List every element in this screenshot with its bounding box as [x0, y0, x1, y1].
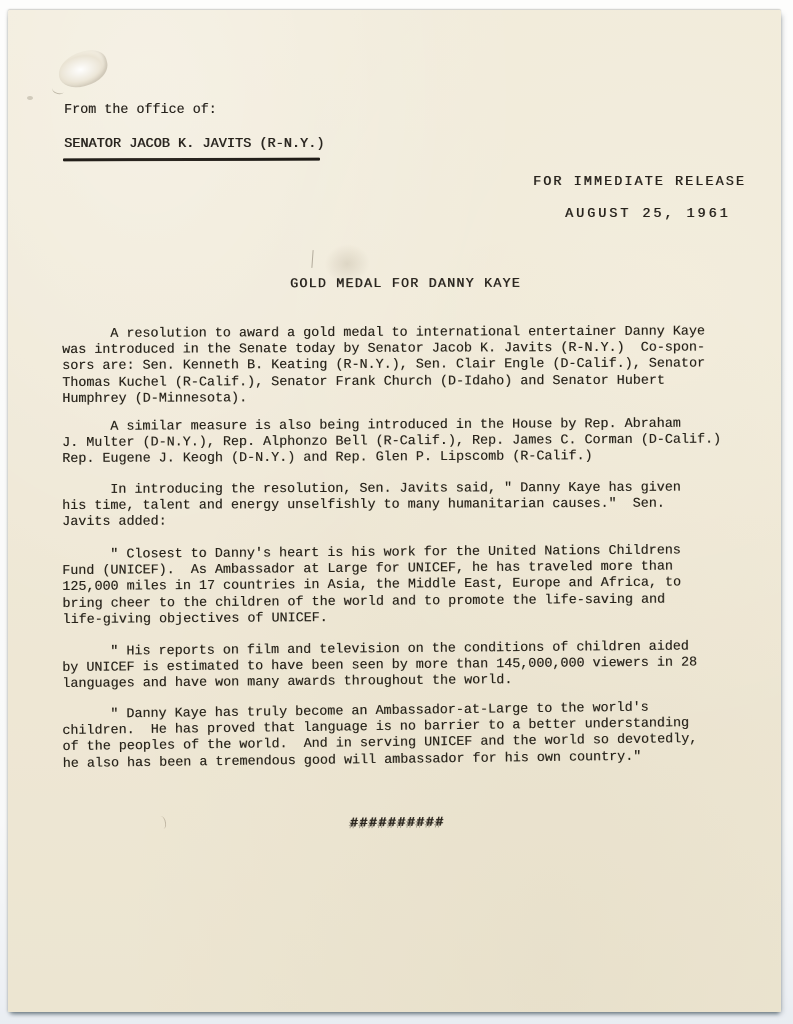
- end-mark: ##########: [350, 816, 445, 832]
- paragraph-4: " Closest to Danny's heart is his work f…: [62, 543, 681, 629]
- sender-name: SENATOR JACOB K. JAVITS (R-N.Y.): [64, 137, 324, 153]
- press-release-sheet: From the office of: SENATOR JACOB K. JAV…: [8, 10, 781, 1012]
- paper-speck-2: [27, 96, 33, 100]
- corner-scrape-mark: [55, 46, 112, 91]
- paragraph-6: " Danny Kaye has truly become an Ambassa…: [62, 700, 698, 773]
- paragraph-5: " His reports on film and television on …: [62, 639, 697, 693]
- release-date: AUGUST 25, 1961: [565, 207, 731, 223]
- paragraph-2: A similar measure is also being introduc…: [62, 417, 721, 469]
- sender-underline: [63, 158, 320, 161]
- paragraph-1: A resolution to award a gold medal to in…: [62, 325, 705, 408]
- scan-background: { "colors": { "background": "#f8f9f9", "…: [0, 0, 793, 1024]
- pencil-squiggle-mark: [157, 816, 166, 830]
- document-title: GOLD MEDAL FOR DANNY KAYE: [290, 277, 521, 294]
- release-status-label: FOR IMMEDIATE RELEASE: [533, 175, 746, 191]
- paper-speck-1: [51, 84, 65, 95]
- pencil-scratch-mark: [311, 250, 314, 268]
- paragraph-3: In introducing the resolution, Sen. Javi…: [62, 481, 681, 532]
- from-office-label: From the office of:: [64, 103, 217, 119]
